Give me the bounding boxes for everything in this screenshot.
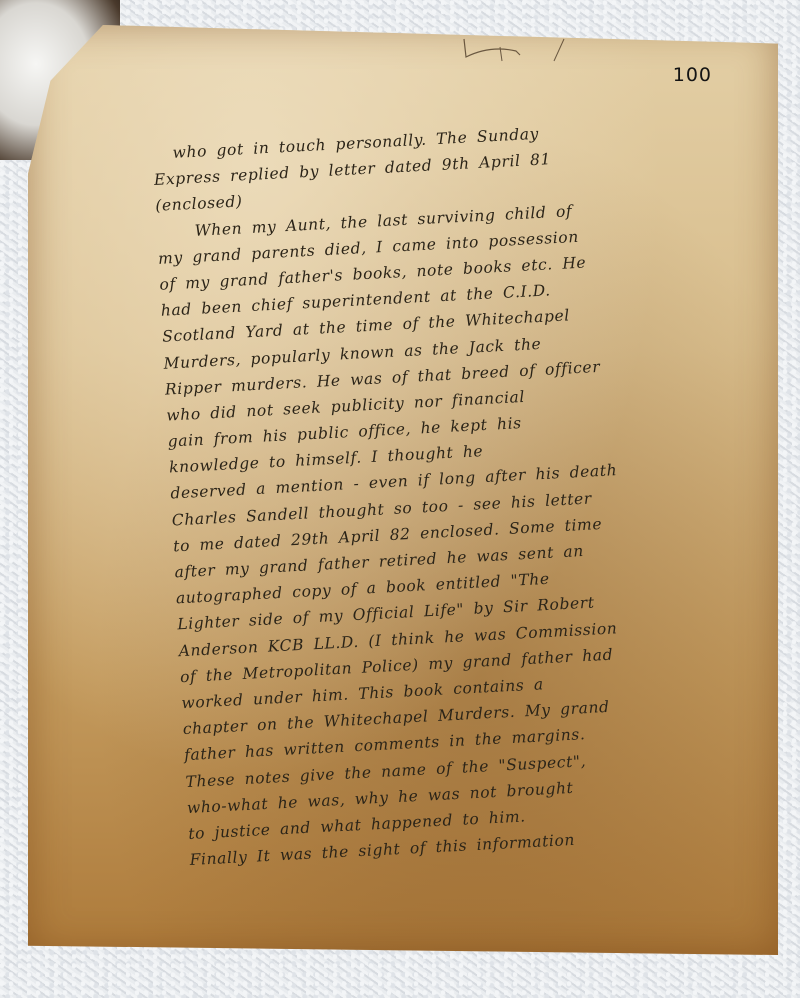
handwritten-document-page: 100 who got in touch personally. The Sun…	[28, 25, 778, 955]
handwritten-text: who got in touch personally. The SundayE…	[152, 114, 710, 873]
page-number: 100	[673, 64, 712, 86]
pencil-mark-icon	[460, 35, 580, 65]
